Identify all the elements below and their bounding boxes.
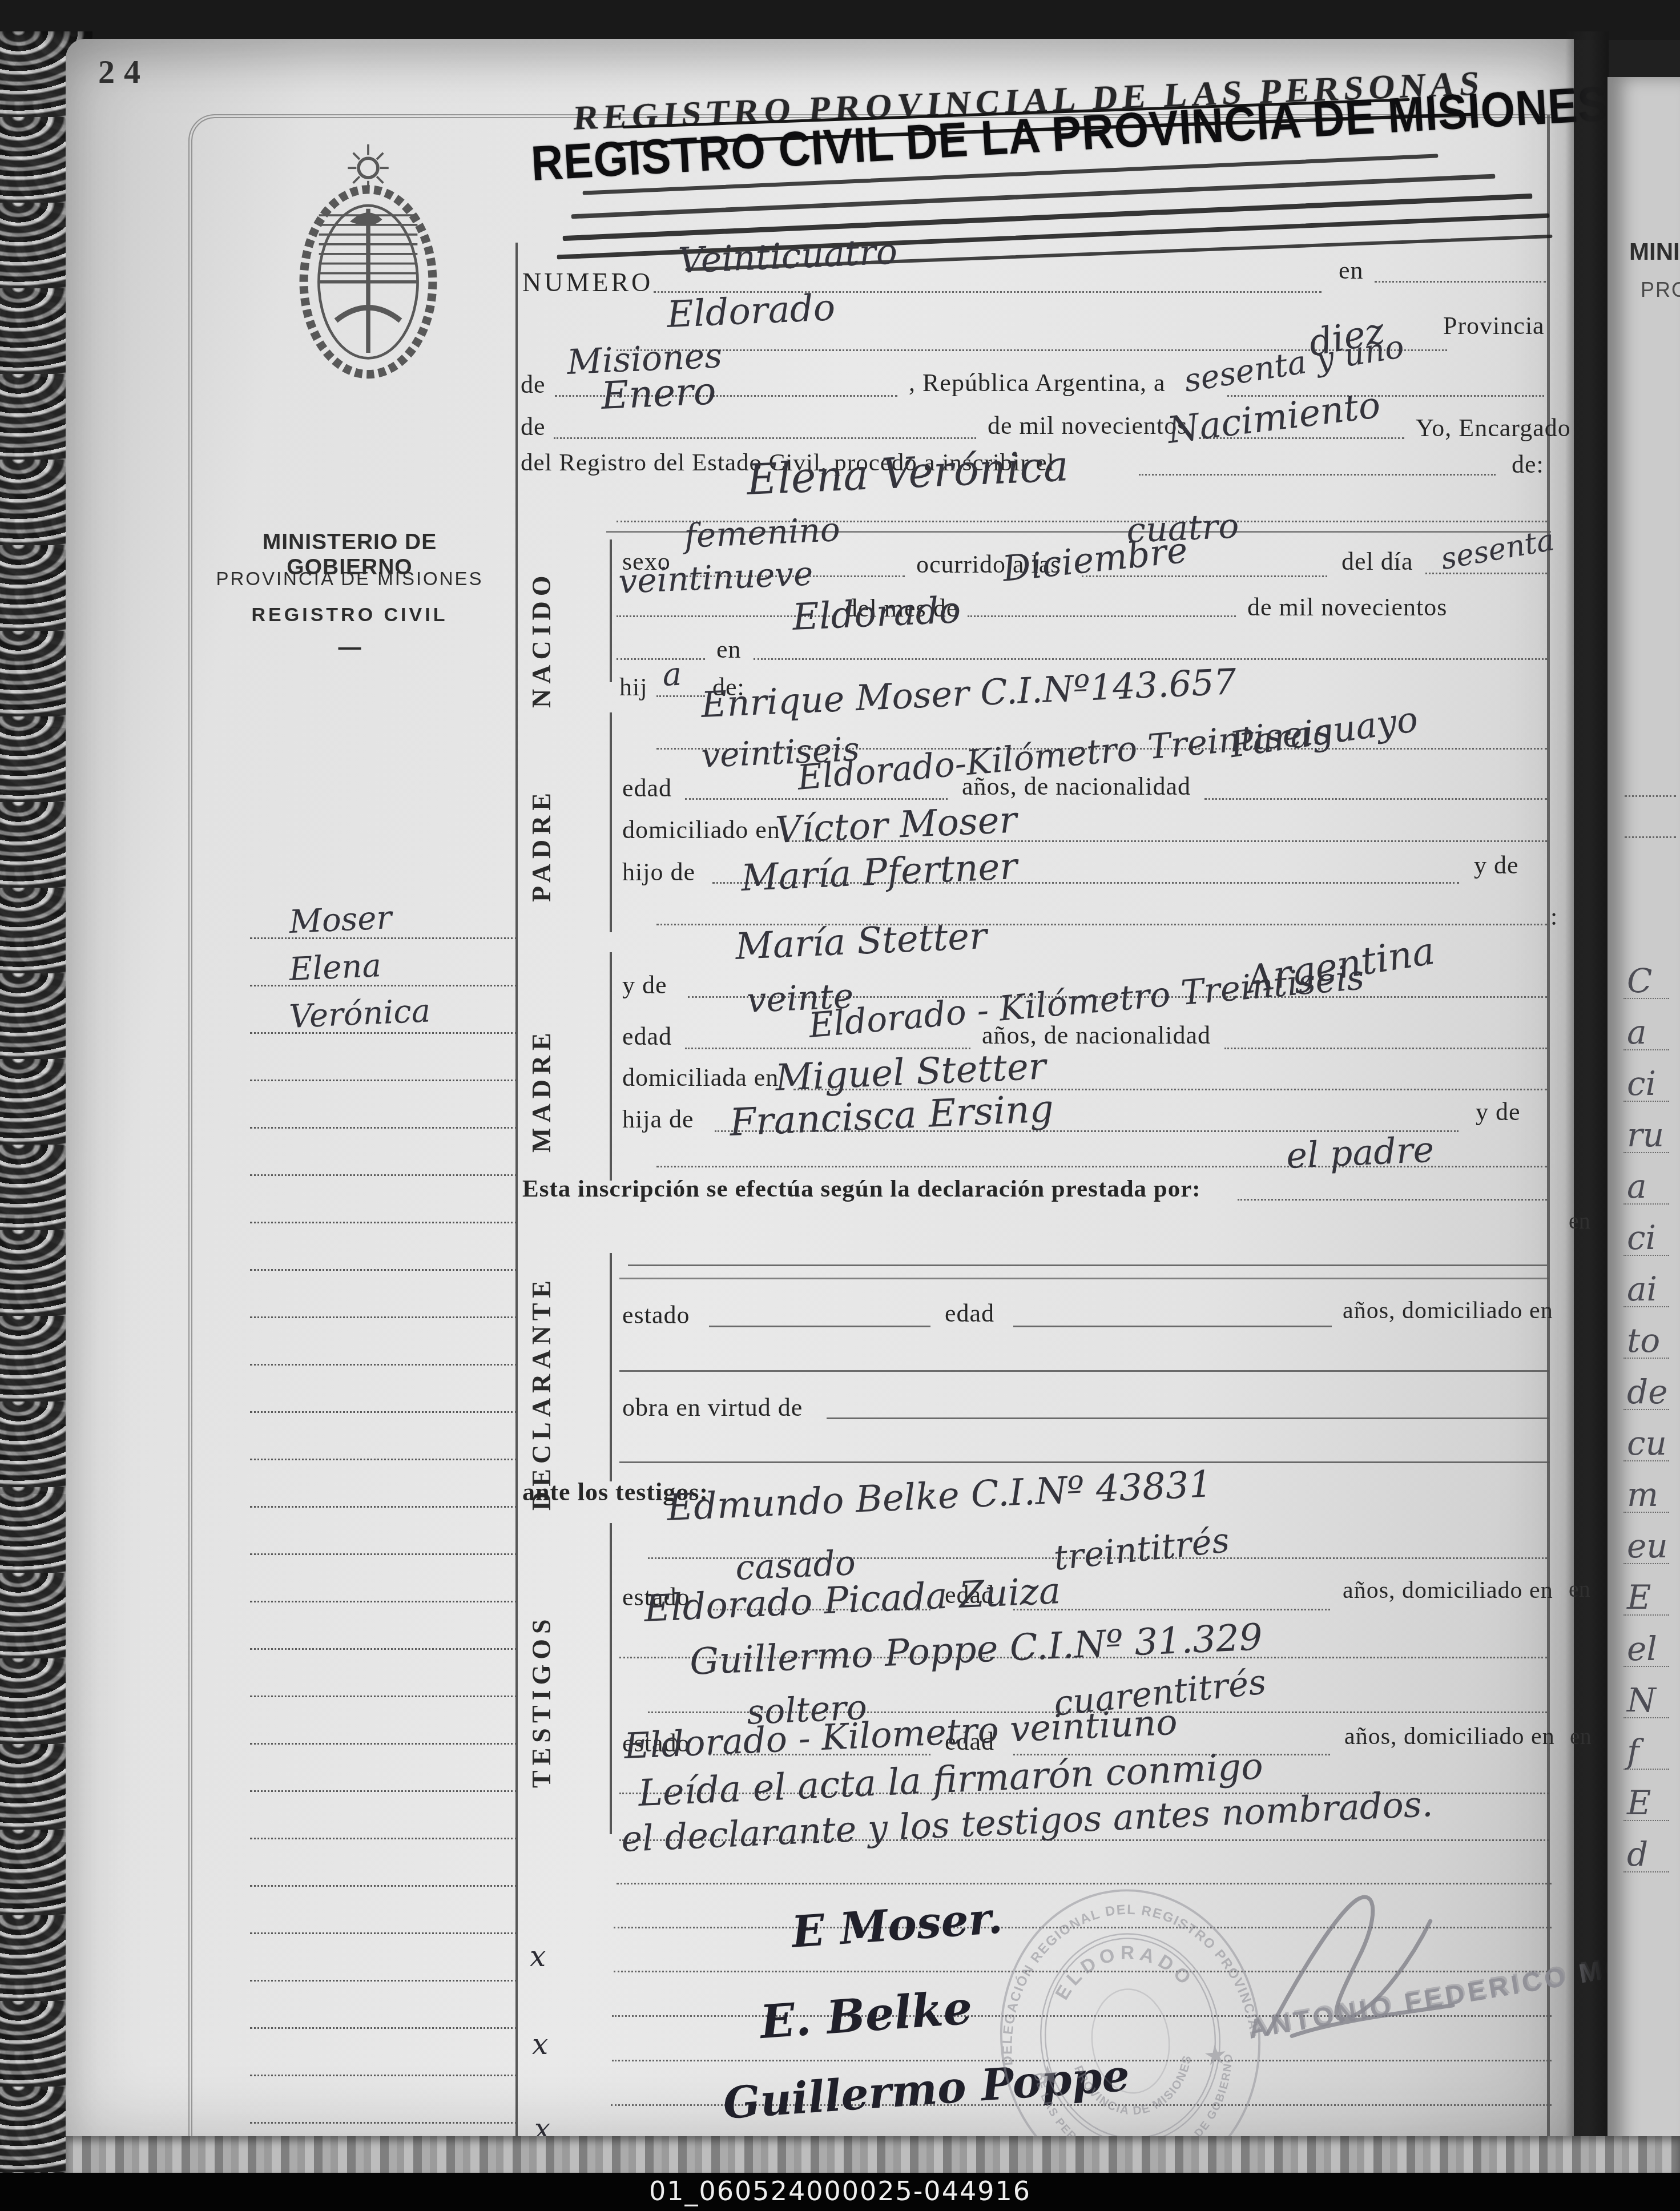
margin-index-text: Moser — [288, 899, 392, 941]
next-page-fragment-line: d — [1623, 1821, 1669, 1872]
form-line — [685, 1048, 970, 1049]
witness-mark-1: x — [530, 1940, 546, 1973]
next-page-fragment-text: cu — [1627, 1424, 1667, 1463]
form-line — [709, 1326, 930, 1327]
section-bracket — [610, 1523, 612, 1834]
margin-index-line: Verónica — [250, 986, 517, 1034]
next-page-fragment-text: f — [1627, 1732, 1639, 1771]
republica-label: , República Argentina, a — [909, 368, 1166, 397]
form-line — [968, 615, 1236, 617]
margin-index-line — [250, 1223, 517, 1271]
margin-index-line — [250, 1887, 517, 1934]
stamp-star-right-icon: ★ — [1203, 2041, 1227, 2070]
next-page-fragment-text: d — [1627, 1835, 1648, 1874]
madre-domicilio-label: domiciliada en — [622, 1063, 779, 1092]
form-line — [1139, 474, 1496, 476]
margin-index-line — [250, 2076, 517, 2124]
next-page-ministry-fragment: MINIS — [1629, 238, 1680, 265]
margin-index-line — [250, 1982, 517, 2029]
next-page-fragment-text: a — [1627, 1013, 1647, 1052]
page-number: 24 — [98, 53, 150, 91]
next-page-province-fragment: PROV — [1641, 278, 1680, 302]
page-bottom-rough-edge — [66, 2136, 1680, 2173]
page-gutter-shadow — [1565, 31, 1609, 2175]
next-page-fragment-line: cu — [1623, 1410, 1669, 1461]
provincia-label: Provincia — [1443, 311, 1545, 340]
next-page-sliver: MINIS PROV CaciruaciaitodecumeuEelNfEd — [1608, 77, 1680, 2173]
ministry-dash: — — [200, 635, 499, 661]
form-line — [754, 658, 1547, 660]
form-line — [619, 1370, 1549, 1372]
ministry-registro-civil: REGISTRO CIVIL — [200, 604, 499, 626]
padre-y-de-label: y de — [1474, 851, 1519, 880]
form-line — [617, 658, 705, 660]
next-page-fragment-line: eu — [1623, 1513, 1669, 1564]
madre-y-de-label: y de — [622, 970, 667, 1000]
margin-index-line — [250, 1366, 517, 1413]
margin-index-line — [250, 1176, 517, 1223]
hij-gender-value: a — [662, 656, 682, 694]
form-line — [1375, 281, 1546, 283]
next-page-fragment-line: el — [1623, 1616, 1669, 1667]
margin-index-column: MoserElenaVerónica — [250, 892, 517, 2171]
section-label-nacido: NACIDO — [526, 557, 557, 722]
colon-label: : — [1550, 902, 1558, 931]
next-page-fragment-line: m — [1623, 1461, 1669, 1513]
next-page-fragment-line: ci — [1623, 1050, 1669, 1102]
next-page-fragment-line: ci — [1623, 1205, 1669, 1256]
padre-hijo-de-label: hijo de — [622, 857, 695, 887]
svg-text:DELEGACIÓN REGIONAL DEL REGIST: DELEGACIÓN REGIONAL DEL REGISTRO PROVINC… — [985, 1889, 1263, 2067]
form-line — [628, 1264, 1547, 1266]
city-value: Eldorado — [666, 287, 836, 336]
next-page-fragment-text: ru — [1627, 1115, 1664, 1154]
photo-dark-background — [0, 0, 1680, 40]
next-page-fragment-text: m — [1627, 1475, 1658, 1514]
mil-novecientos-label: de mil novecientos — [988, 411, 1187, 440]
testigo2-anios-label: años, domiciliado en — [1344, 1723, 1555, 1750]
lugar-value: Eldorado — [792, 589, 962, 639]
margin-index-line — [250, 1413, 517, 1460]
margin-index-line — [250, 2029, 517, 2076]
archive-file-code: 01_060524000025-044916 — [0, 2173, 1680, 2209]
margin-index-line — [250, 1129, 517, 1176]
next-page-fragment-line: E — [1623, 1564, 1669, 1616]
witness-mark-2: x — [532, 2028, 548, 2061]
margin-index-line — [250, 1034, 517, 1081]
margin-index-line: Elena — [250, 939, 517, 986]
de-final-label: de: — [1512, 450, 1544, 479]
margin-index-line — [250, 1745, 517, 1792]
margin-index-line — [250, 1555, 517, 1602]
next-page-fragment-line: N — [1623, 1667, 1669, 1718]
padre-domicilio-label: domiciliado en — [622, 815, 780, 844]
section-label-testigos: TESTIGOS — [526, 1581, 557, 1821]
margin-index-line — [250, 1792, 517, 1839]
margin-index-line — [250, 1508, 517, 1555]
stamp-star-left-icon: ★ — [1036, 2061, 1060, 2090]
margin-index-line — [250, 1081, 517, 1129]
archive-file-bar: 01_060524000025-044916 — [0, 2173, 1680, 2211]
next-page-fragment-line: ru — [1623, 1102, 1669, 1153]
testigo1-anios-label: años, domiciliado en — [1343, 1577, 1553, 1604]
sexo-value: femenino — [683, 510, 841, 555]
section-bracket — [610, 952, 612, 1181]
form-line — [1238, 1199, 1547, 1201]
next-page-fragment-text: a — [1627, 1167, 1647, 1206]
svg-text:PROVINCIA DE MISIONES: PROVINCIA DE MISIONES — [1071, 2052, 1199, 2124]
next-page-fragment-line: to — [1623, 1307, 1669, 1359]
del-dia-label: del día — [1341, 547, 1413, 576]
stamp-inner-top-text: ELDORADO — [1047, 1935, 1199, 2005]
form-line — [656, 695, 705, 697]
overflow-word-en: en — [1570, 1723, 1592, 1750]
margin-index-line — [250, 1650, 517, 1697]
next-page-fragment-text: de — [1627, 1372, 1667, 1411]
ministry-province: PROVINCIA DE MISIONES — [200, 568, 499, 590]
obra-label: obra en virtud de — [622, 1393, 803, 1422]
yo-encargado-label: Yo, Encargado — [1416, 413, 1571, 442]
form-line — [1224, 1048, 1547, 1049]
next-page-fragment-text: C — [1627, 961, 1652, 1000]
padre-edad-label: edad — [622, 774, 672, 803]
numero-label: NUMERO — [522, 267, 653, 297]
svg-text:ELDORADO: ELDORADO — [1047, 1935, 1199, 2005]
stamp-inner-bottom-text: PROVINCIA DE MISIONES — [1071, 2052, 1199, 2124]
next-page-fragment-text: el — [1627, 1629, 1657, 1668]
en-lugar-label: en — [716, 635, 742, 664]
section-bracket — [610, 539, 612, 682]
next-page-fragment-line: f — [1623, 1718, 1669, 1770]
margin-index-text: Elena — [288, 947, 382, 988]
mil-novecientos2-label: de mil novecientos — [1247, 593, 1447, 622]
next-page-fragment-text: E — [1627, 1783, 1651, 1822]
form-line — [554, 437, 976, 439]
de2-label: de — [521, 412, 546, 441]
form-line — [685, 798, 948, 800]
next-page-fragment-line: de — [1623, 1359, 1669, 1410]
form-line — [1204, 798, 1547, 800]
margin-index-line — [250, 1271, 517, 1318]
margin-index-text: Verónica — [288, 992, 431, 1036]
next-page-fragment-text: E — [1627, 1578, 1651, 1617]
declaracion-label: Esta inscripción se efectúa según la dec… — [522, 1175, 1201, 1203]
scanned-civil-registry-page: { "page_number": "24", "file_code": "01_… — [0, 0, 1680, 2211]
section-label-madre: MADRE — [526, 1005, 557, 1176]
form-line — [827, 1417, 1549, 1419]
margin-index-line — [250, 1697, 517, 1745]
madre-y-de2-label: y de — [1476, 1097, 1521, 1126]
next-page-handwriting-fragments: CaciruaciaitodecumeuEelNfEd — [1608, 948, 1669, 1872]
declarante-estado-label: estado — [622, 1300, 690, 1330]
overflow-word-en: en — [1569, 1207, 1590, 1234]
declarante-edad-label: edad — [945, 1299, 994, 1328]
month-value: Enero — [601, 369, 717, 418]
hij-label: hij — [619, 672, 647, 702]
next-page-fragment-text: ai — [1627, 1270, 1657, 1308]
section-label-padre: PADRE — [526, 759, 557, 931]
margin-index-line — [250, 1839, 517, 1887]
margin-index-line — [250, 1318, 517, 1366]
form-line — [1013, 1326, 1332, 1327]
next-page-fragment-line: E — [1623, 1770, 1669, 1821]
argentina-coat-of-arms-icon — [277, 136, 460, 396]
section-bracket — [610, 712, 612, 932]
declarante-anios-label: años, domiciliado en — [1343, 1297, 1553, 1324]
section-bracket — [610, 1253, 612, 1481]
next-page-fragment-text: ci — [1627, 1064, 1656, 1103]
form-line — [619, 1461, 1550, 1463]
next-page-fragment-text: to — [1627, 1321, 1660, 1360]
madre-edad-label: edad — [622, 1022, 672, 1051]
form-line — [1625, 836, 1676, 838]
margin-index-line: Moser — [250, 892, 517, 939]
overflow-word-en: en — [1569, 1576, 1590, 1602]
margin-index-line — [250, 1602, 517, 1650]
margin-index-line — [250, 1460, 517, 1508]
form-line — [619, 1278, 1549, 1279]
stamp-outer-top-text: DELEGACIÓN REGIONAL DEL REGISTRO PROVINC… — [985, 1889, 1263, 2067]
margin-index-line — [250, 1934, 517, 1982]
madre-hija-de-label: hija de — [622, 1105, 694, 1134]
next-page-fragment-text: eu — [1627, 1527, 1668, 1565]
next-page-fragment-line: ai — [1623, 1256, 1669, 1307]
next-page-fragment-line: C — [1623, 948, 1669, 999]
en-label: en — [1339, 256, 1364, 285]
form-line — [1625, 795, 1676, 797]
declaracion-value: el padre — [1286, 1129, 1435, 1177]
de-label: de — [521, 370, 546, 399]
next-page-fragment-text: N — [1627, 1681, 1656, 1719]
next-page-fragment-line: a — [1623, 999, 1669, 1050]
section-label-declarante: DECLARANTE — [526, 1273, 557, 1513]
next-page-fragment-line: a — [1623, 1153, 1669, 1205]
next-page-fragment-text: ci — [1627, 1218, 1656, 1257]
